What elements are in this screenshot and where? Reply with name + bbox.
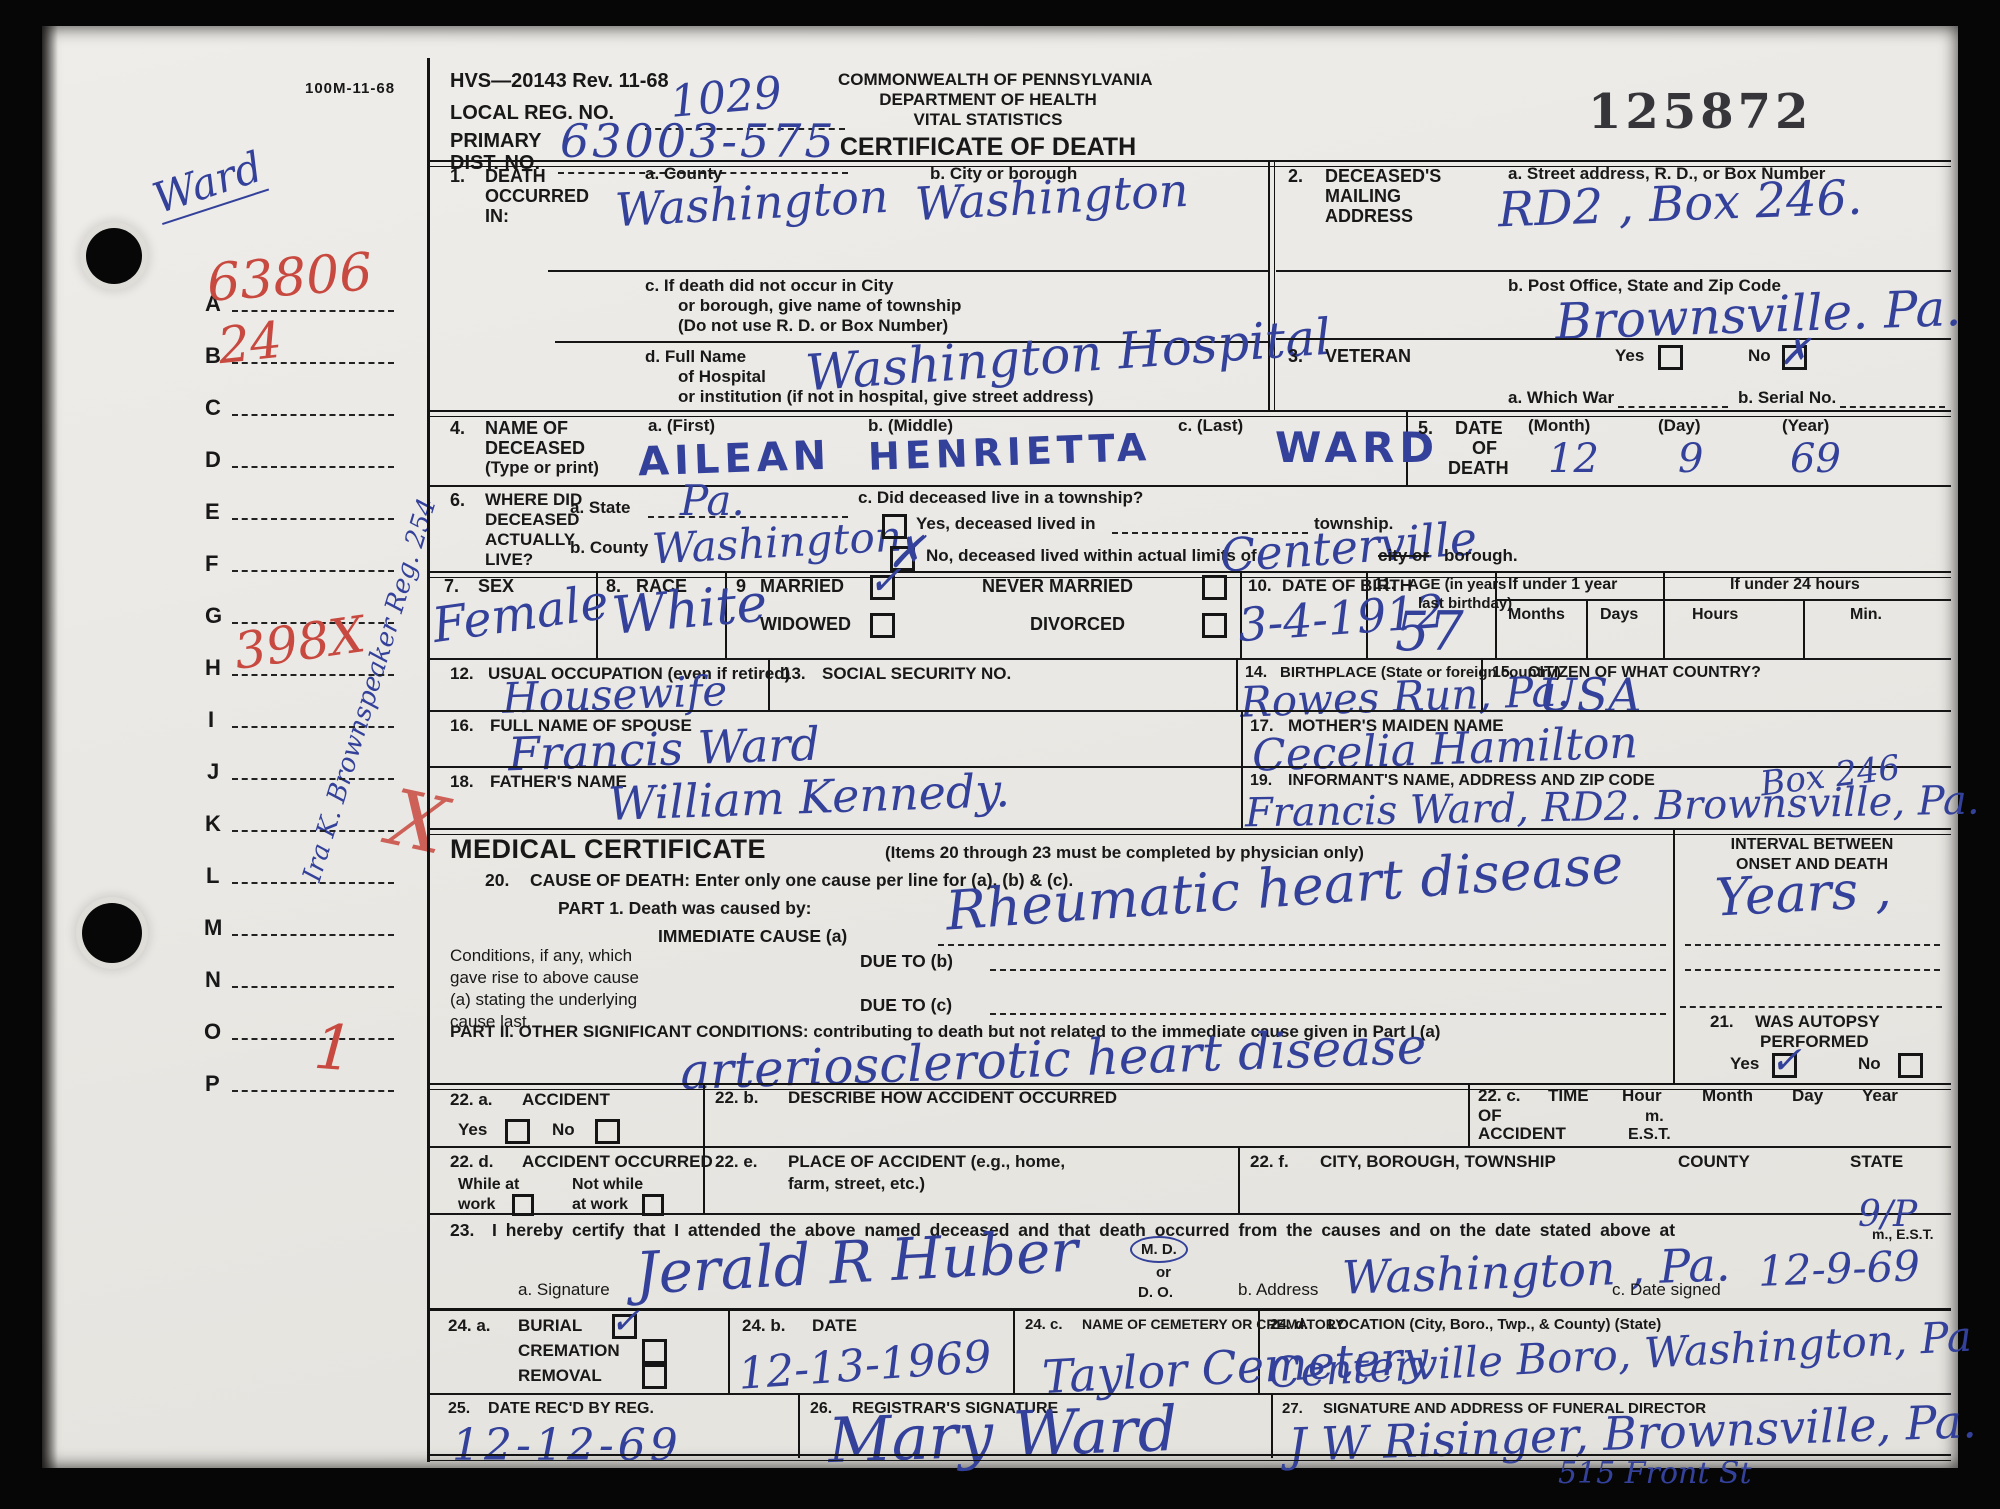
s2-label3: ADDRESS — [1325, 206, 1413, 227]
divider — [798, 1393, 800, 1458]
s22f-label: CITY, BOROUGH, TOWNSHIP — [1320, 1152, 1556, 1172]
margin-line — [232, 830, 394, 832]
which-war-line — [1618, 406, 1728, 408]
rule — [430, 658, 1951, 660]
s11-under1-label: If under 1 year — [1508, 576, 1617, 594]
margin-letter-g: G — [205, 603, 222, 629]
s11-min-label: Min. — [1850, 606, 1882, 624]
document-title: CERTIFICATE OF DEATH — [838, 133, 1138, 162]
s23-do-label: D. O. — [1138, 1284, 1173, 1301]
s6-borough: borough. — [1444, 546, 1518, 566]
s5-month-label: (Month) — [1528, 416, 1590, 436]
s22e-num: 22. e. — [715, 1152, 758, 1172]
margin-letter-m: M — [204, 915, 222, 941]
margin-line — [232, 778, 394, 780]
divider — [1241, 710, 1243, 766]
org-line3: VITAL STATISTICS — [838, 110, 1138, 130]
s24-burial-label: BURIAL — [518, 1316, 582, 1336]
s6-label4: LIVE? — [485, 550, 533, 570]
s15-num: 15. — [1492, 664, 1514, 682]
s23-address-label: b. Address — [1238, 1280, 1318, 1300]
s22c-month-label: Month — [1702, 1086, 1753, 1106]
rule — [548, 270, 1268, 272]
check-mark: ✗ — [1780, 332, 1810, 373]
divider — [1663, 571, 1665, 658]
s3-num: 3. — [1288, 346, 1303, 367]
s22c-label3: ACCIDENT — [1478, 1124, 1566, 1144]
s24a-num: 24. a. — [448, 1316, 491, 1336]
s20-cond2: gave rise to above cause — [450, 968, 639, 988]
s22b-num: 22. b. — [715, 1088, 758, 1108]
print-code: 100M-11-68 — [305, 80, 395, 97]
s5-month-value: 12 — [1548, 436, 1599, 482]
org-line1: COMMONWEALTH OF PENNSYLVANIA — [838, 70, 1138, 90]
s11-under24-label: If under 24 hours — [1730, 576, 1860, 594]
divider — [728, 1308, 730, 1393]
s11-label1: AGE (in years — [1408, 576, 1506, 593]
s24b-value: 12-13-1969 — [737, 1331, 994, 1400]
margin-line — [232, 986, 394, 988]
s6-yes-text: Yes, deceased lived in — [916, 514, 1096, 534]
margin-entry-a: 63806 — [205, 242, 374, 313]
checkbox-autopsy-yes: ✓ — [1772, 1053, 1797, 1078]
margin-entry-h: 398X — [231, 605, 369, 681]
s22f-num: 22. f. — [1250, 1152, 1289, 1172]
checkbox-removal — [642, 1364, 667, 1389]
s24b-num: 24. b. — [742, 1316, 785, 1336]
s1c-line1: c. If death did not occur in City — [645, 276, 893, 296]
margin-line — [232, 1038, 394, 1040]
s22d-not2: at work — [572, 1196, 628, 1214]
s27-num: 27. — [1282, 1400, 1303, 1417]
s2-num: 2. — [1288, 166, 1303, 187]
checkbox-veteran-yes — [1658, 345, 1683, 370]
rule — [430, 710, 1951, 712]
s1-num: 1. — [450, 166, 465, 187]
checkbox-accident-no — [595, 1119, 620, 1144]
primary-label: PRIMARY — [450, 130, 541, 153]
s25-value: 12-12-69 — [452, 1420, 682, 1471]
divider — [1236, 658, 1238, 710]
due-c-line — [990, 1013, 1666, 1015]
serial-line — [1840, 406, 1945, 408]
check-mark: ✓ — [1770, 1038, 1802, 1082]
divider — [1013, 1308, 1015, 1393]
s22a-num: 22. a. — [450, 1090, 493, 1110]
s5-year-label: (Year) — [1782, 416, 1829, 436]
s21-num: 21. — [1710, 1012, 1734, 1032]
s22c-num: 22. c. — [1478, 1086, 1521, 1106]
s9-widowed-label: WIDOWED — [760, 614, 851, 635]
margin-line — [232, 726, 394, 728]
margin-letter-p: P — [205, 1071, 220, 1097]
s11-days-label: Days — [1600, 606, 1638, 624]
divider — [1803, 601, 1805, 658]
s6b-label: b. County — [570, 538, 648, 558]
s11-months-label: Months — [1508, 606, 1565, 624]
margin-line — [232, 934, 394, 936]
s4-last-value: WARD — [1275, 423, 1439, 472]
margin-letter-l: L — [206, 863, 219, 889]
s9-num: 9 — [736, 576, 746, 597]
s4-first-label: a. (First) — [648, 416, 715, 436]
divider-s1-s2 — [1268, 160, 1275, 410]
rule — [1276, 338, 1951, 340]
scan-background: 100M-11-68 Ward Ira K. Brownspeaker Reg.… — [0, 0, 2000, 1509]
checkbox-cremation — [642, 1339, 667, 1364]
s21-no-label: No — [1858, 1054, 1881, 1074]
s24b-label: DATE — [812, 1316, 857, 1336]
s22f-county-label: COUNTY — [1678, 1152, 1750, 1172]
s25-label: DATE REC'D BY REG. — [488, 1400, 654, 1418]
s13-num: 13. — [782, 664, 806, 684]
margin-entry-p: 1 — [312, 1010, 356, 1086]
s11-hours-label: Hours — [1692, 606, 1738, 624]
s22c-m-label: m. — [1645, 1108, 1664, 1126]
s22a-no-label: No — [552, 1120, 575, 1140]
margin-letter-i: I — [208, 707, 214, 733]
margin-line — [232, 518, 394, 520]
margin-letter-j: J — [207, 759, 219, 785]
certificate-paper: 100M-11-68 Ward Ira K. Brownspeaker Reg.… — [42, 26, 1958, 1468]
certificate-form: HVS—20143 Rev. 11-68 LOCAL REG. NO. 1029… — [427, 58, 1951, 1462]
s2a-value: RD2 , Box 246. — [1497, 170, 1863, 239]
margin-letter-h: H — [205, 655, 221, 681]
s5-label2: OF — [1472, 438, 1497, 459]
s20-num: 20. — [485, 870, 509, 891]
s22e-label1: PLACE OF ACCIDENT (e.g., home, — [788, 1152, 1065, 1172]
s6-label2: DECEASED — [485, 510, 579, 530]
s20-part1-label: PART 1. Death was caused by: — [558, 898, 812, 919]
s20-immediate-label: IMMEDIATE CAUSE (a) — [658, 926, 847, 947]
paper-edge-shadow — [42, 26, 58, 1468]
checkbox-burial: ✓ — [612, 1314, 637, 1339]
s22d-while1: While at — [458, 1176, 519, 1194]
s23-md-label: M. D. — [1130, 1236, 1188, 1263]
s9-never-label: NEVER MARRIED — [982, 576, 1133, 597]
rule — [430, 1393, 1951, 1395]
s4-label3: (Type or print) — [485, 458, 599, 478]
s22c-est-label: E.S.T. — [1628, 1126, 1671, 1144]
divider — [1586, 601, 1588, 658]
s22b-label: DESCRIBE HOW ACCIDENT OCCURRED — [788, 1088, 1117, 1108]
margin-line — [232, 414, 394, 416]
interval-line-b — [1685, 969, 1940, 971]
registrar-signature: Mary Ward — [827, 1392, 1179, 1477]
margin-line — [232, 570, 394, 572]
checkbox-married: ✓ — [870, 575, 895, 600]
s20-due-b-label: DUE TO (b) — [860, 951, 953, 972]
s16-num: 16. — [450, 716, 474, 736]
interval-line-a — [1685, 944, 1940, 946]
s13-label: SOCIAL SECURITY NO. — [822, 664, 1011, 684]
s20-cond3: (a) stating the underlying — [450, 990, 637, 1010]
s6-label1: WHERE DID — [485, 490, 582, 510]
s6-no-text: No, deceased lived within actual limits … — [926, 546, 1257, 566]
s23-num: 23. — [450, 1220, 474, 1241]
checkbox-never-married — [1202, 575, 1227, 600]
s6-city-or: city or — [1378, 546, 1429, 566]
s4-num: 4. — [450, 418, 465, 439]
s22c-hour-label: Hour — [1622, 1086, 1662, 1106]
s22e-label2: farm, street, etc.) — [788, 1174, 925, 1194]
certificate-stamp-number: 125872 — [1588, 84, 1812, 140]
s1c-line3: (Do not use R. D. or Box Number) — [678, 316, 948, 336]
rule — [430, 1213, 1951, 1215]
s1-label2: OCCURRED — [485, 186, 589, 207]
divider — [1241, 766, 1243, 828]
margin-letter-d: D — [205, 447, 221, 473]
punch-hole-top — [86, 228, 142, 284]
s20-cond1: Conditions, if any, which — [450, 946, 632, 966]
rule — [1495, 599, 1663, 601]
s23-suffix: m., E.S.T. — [1872, 1226, 1933, 1242]
s12-value: Housewife — [501, 666, 728, 723]
rule — [1663, 599, 1951, 601]
s23-date-label: c. Date signed — [1612, 1280, 1721, 1300]
s1d-line1: d. Full Name — [645, 347, 746, 367]
s10-num: 10. — [1248, 576, 1272, 596]
rule — [430, 1308, 1951, 1311]
s22d-label: ACCIDENT OCCURRED — [522, 1152, 713, 1172]
s22f-state-label: STATE — [1850, 1152, 1903, 1172]
s24-removal-label: REMOVAL — [518, 1366, 602, 1386]
s20-interval-value: Years , — [1714, 859, 1893, 928]
s3-label: VETERAN — [1325, 346, 1411, 367]
margin-letter-f: F — [205, 551, 218, 577]
s4-label1: NAME OF — [485, 418, 568, 439]
org-line2: DEPARTMENT OF HEALTH — [838, 90, 1138, 110]
s3-war-label: a. Which War — [1508, 388, 1614, 408]
divider — [1271, 1393, 1273, 1458]
margin-line — [232, 466, 394, 468]
rule — [430, 766, 1951, 768]
s4-last-label: c. (Last) — [1178, 416, 1243, 436]
s22c-day-label: Day — [1792, 1086, 1823, 1106]
immediate-cause-line — [938, 944, 1666, 946]
s6-label3: ACTUALLY — [485, 530, 575, 550]
s6a-value: Pa. — [680, 476, 745, 525]
s5-label1: DATE — [1455, 418, 1503, 439]
s22d-num: 22. d. — [450, 1152, 493, 1172]
s12-num: 12. — [450, 664, 474, 684]
s1-label1: DEATH — [485, 166, 546, 187]
checkbox-widowed — [870, 613, 895, 638]
s23-or-label: or — [1156, 1264, 1171, 1281]
s24-cremation-label: CREMATION — [518, 1341, 620, 1361]
s6-num: 6. — [450, 490, 465, 511]
s20-due-c-label: DUE TO (c) — [860, 995, 952, 1016]
margin-entry-b: 24 — [215, 311, 284, 375]
s4-middle-value: HENRIETTA — [867, 425, 1151, 479]
autopsy-top-line — [1680, 1006, 1942, 1008]
divider — [1468, 1083, 1470, 1146]
margin-letter-k: K — [205, 811, 221, 837]
checkbox-autopsy-no — [1898, 1053, 1923, 1078]
s22a-label: ACCIDENT — [522, 1090, 610, 1110]
medical-title: MEDICAL CERTIFICATE — [450, 834, 766, 865]
s1c-line2: or borough, give name of township — [678, 296, 961, 316]
s9-married-label: MARRIED — [760, 576, 844, 597]
s15-value: USA — [1538, 668, 1642, 722]
s24d-num: 24. d. — [1270, 1316, 1308, 1333]
s3-no-label: No — [1748, 346, 1771, 366]
s22c-label2: OF — [1478, 1106, 1502, 1126]
s9-divorced-label: DIVORCED — [1030, 614, 1125, 635]
s3-yes-label: Yes — [1615, 346, 1644, 366]
margin-letter-c: C — [205, 395, 221, 421]
punch-hole-bottom — [82, 903, 142, 963]
interval-header1: INTERVAL BETWEEN — [1673, 836, 1951, 854]
s18-num: 18. — [450, 772, 474, 792]
s11-num: 11. — [1374, 576, 1395, 594]
rule — [430, 1454, 1951, 1461]
rule — [1276, 270, 1951, 272]
s22d-while2: work — [458, 1196, 495, 1214]
form-code: HVS—20143 Rev. 11-68 — [450, 70, 669, 93]
s3-serial-label: b. Serial No. — [1738, 388, 1836, 408]
s1d-line2: of Hospital — [678, 367, 766, 387]
s23-signature-label: a. Signature — [518, 1280, 610, 1300]
s22a-yes-label: Yes — [458, 1120, 487, 1140]
s23-date-value: 12-9-69 — [1757, 1241, 1921, 1296]
divider — [703, 1083, 705, 1146]
checkbox-accident-yes — [505, 1119, 530, 1144]
divider — [1238, 1146, 1240, 1213]
s22c-label1: TIME — [1548, 1086, 1589, 1106]
margin-surname-note: Ward — [147, 142, 269, 225]
margin-letter-n: N — [205, 967, 221, 993]
margin-letter-o: O — [204, 1019, 221, 1045]
checkbox-veteran-no: ✗ — [1782, 345, 1807, 370]
margin-line — [232, 1090, 394, 1092]
s5-label3: DEATH — [1448, 458, 1509, 479]
s21-label1: WAS AUTOPSY — [1755, 1012, 1880, 1032]
s11-value: 57 — [1395, 600, 1464, 663]
s5-num: 5. — [1418, 418, 1433, 439]
s2-label2: MAILING — [1325, 186, 1401, 207]
s4-label2: DECEASED — [485, 438, 585, 459]
s22c-year-label: Year — [1862, 1086, 1898, 1106]
s24c-num: 24. c. — [1025, 1316, 1063, 1333]
s5-year-value: 69 — [1790, 436, 1841, 482]
s5-day-value: 9 — [1678, 436, 1703, 482]
org-block: COMMONWEALTH OF PENNSYLVANIA DEPARTMENT … — [838, 70, 1138, 162]
s2-label1: DECEASED'S — [1325, 166, 1441, 187]
s5-day-label: (Day) — [1658, 416, 1701, 436]
s25-num: 25. — [448, 1400, 470, 1418]
rule — [430, 485, 1951, 487]
check-mark: ✓ — [610, 1301, 640, 1342]
rule — [430, 1146, 1951, 1148]
s6a-label: a. State — [570, 498, 630, 518]
due-b-line — [990, 969, 1666, 971]
s1-label3: IN: — [485, 206, 509, 227]
check-mark: ✓ — [868, 558, 902, 604]
s19-num: 19. — [1250, 772, 1272, 790]
funeral-director-address2: 515 Front St — [1558, 1456, 1752, 1491]
s22d-not1: Not while — [572, 1176, 643, 1194]
margin-letter-e: E — [205, 499, 220, 525]
s21-yes-label: Yes — [1730, 1054, 1759, 1074]
s6c-label: c. Did deceased live in a township? — [858, 488, 1143, 508]
margin-line — [232, 882, 394, 884]
checkbox-divorced — [1202, 613, 1227, 638]
